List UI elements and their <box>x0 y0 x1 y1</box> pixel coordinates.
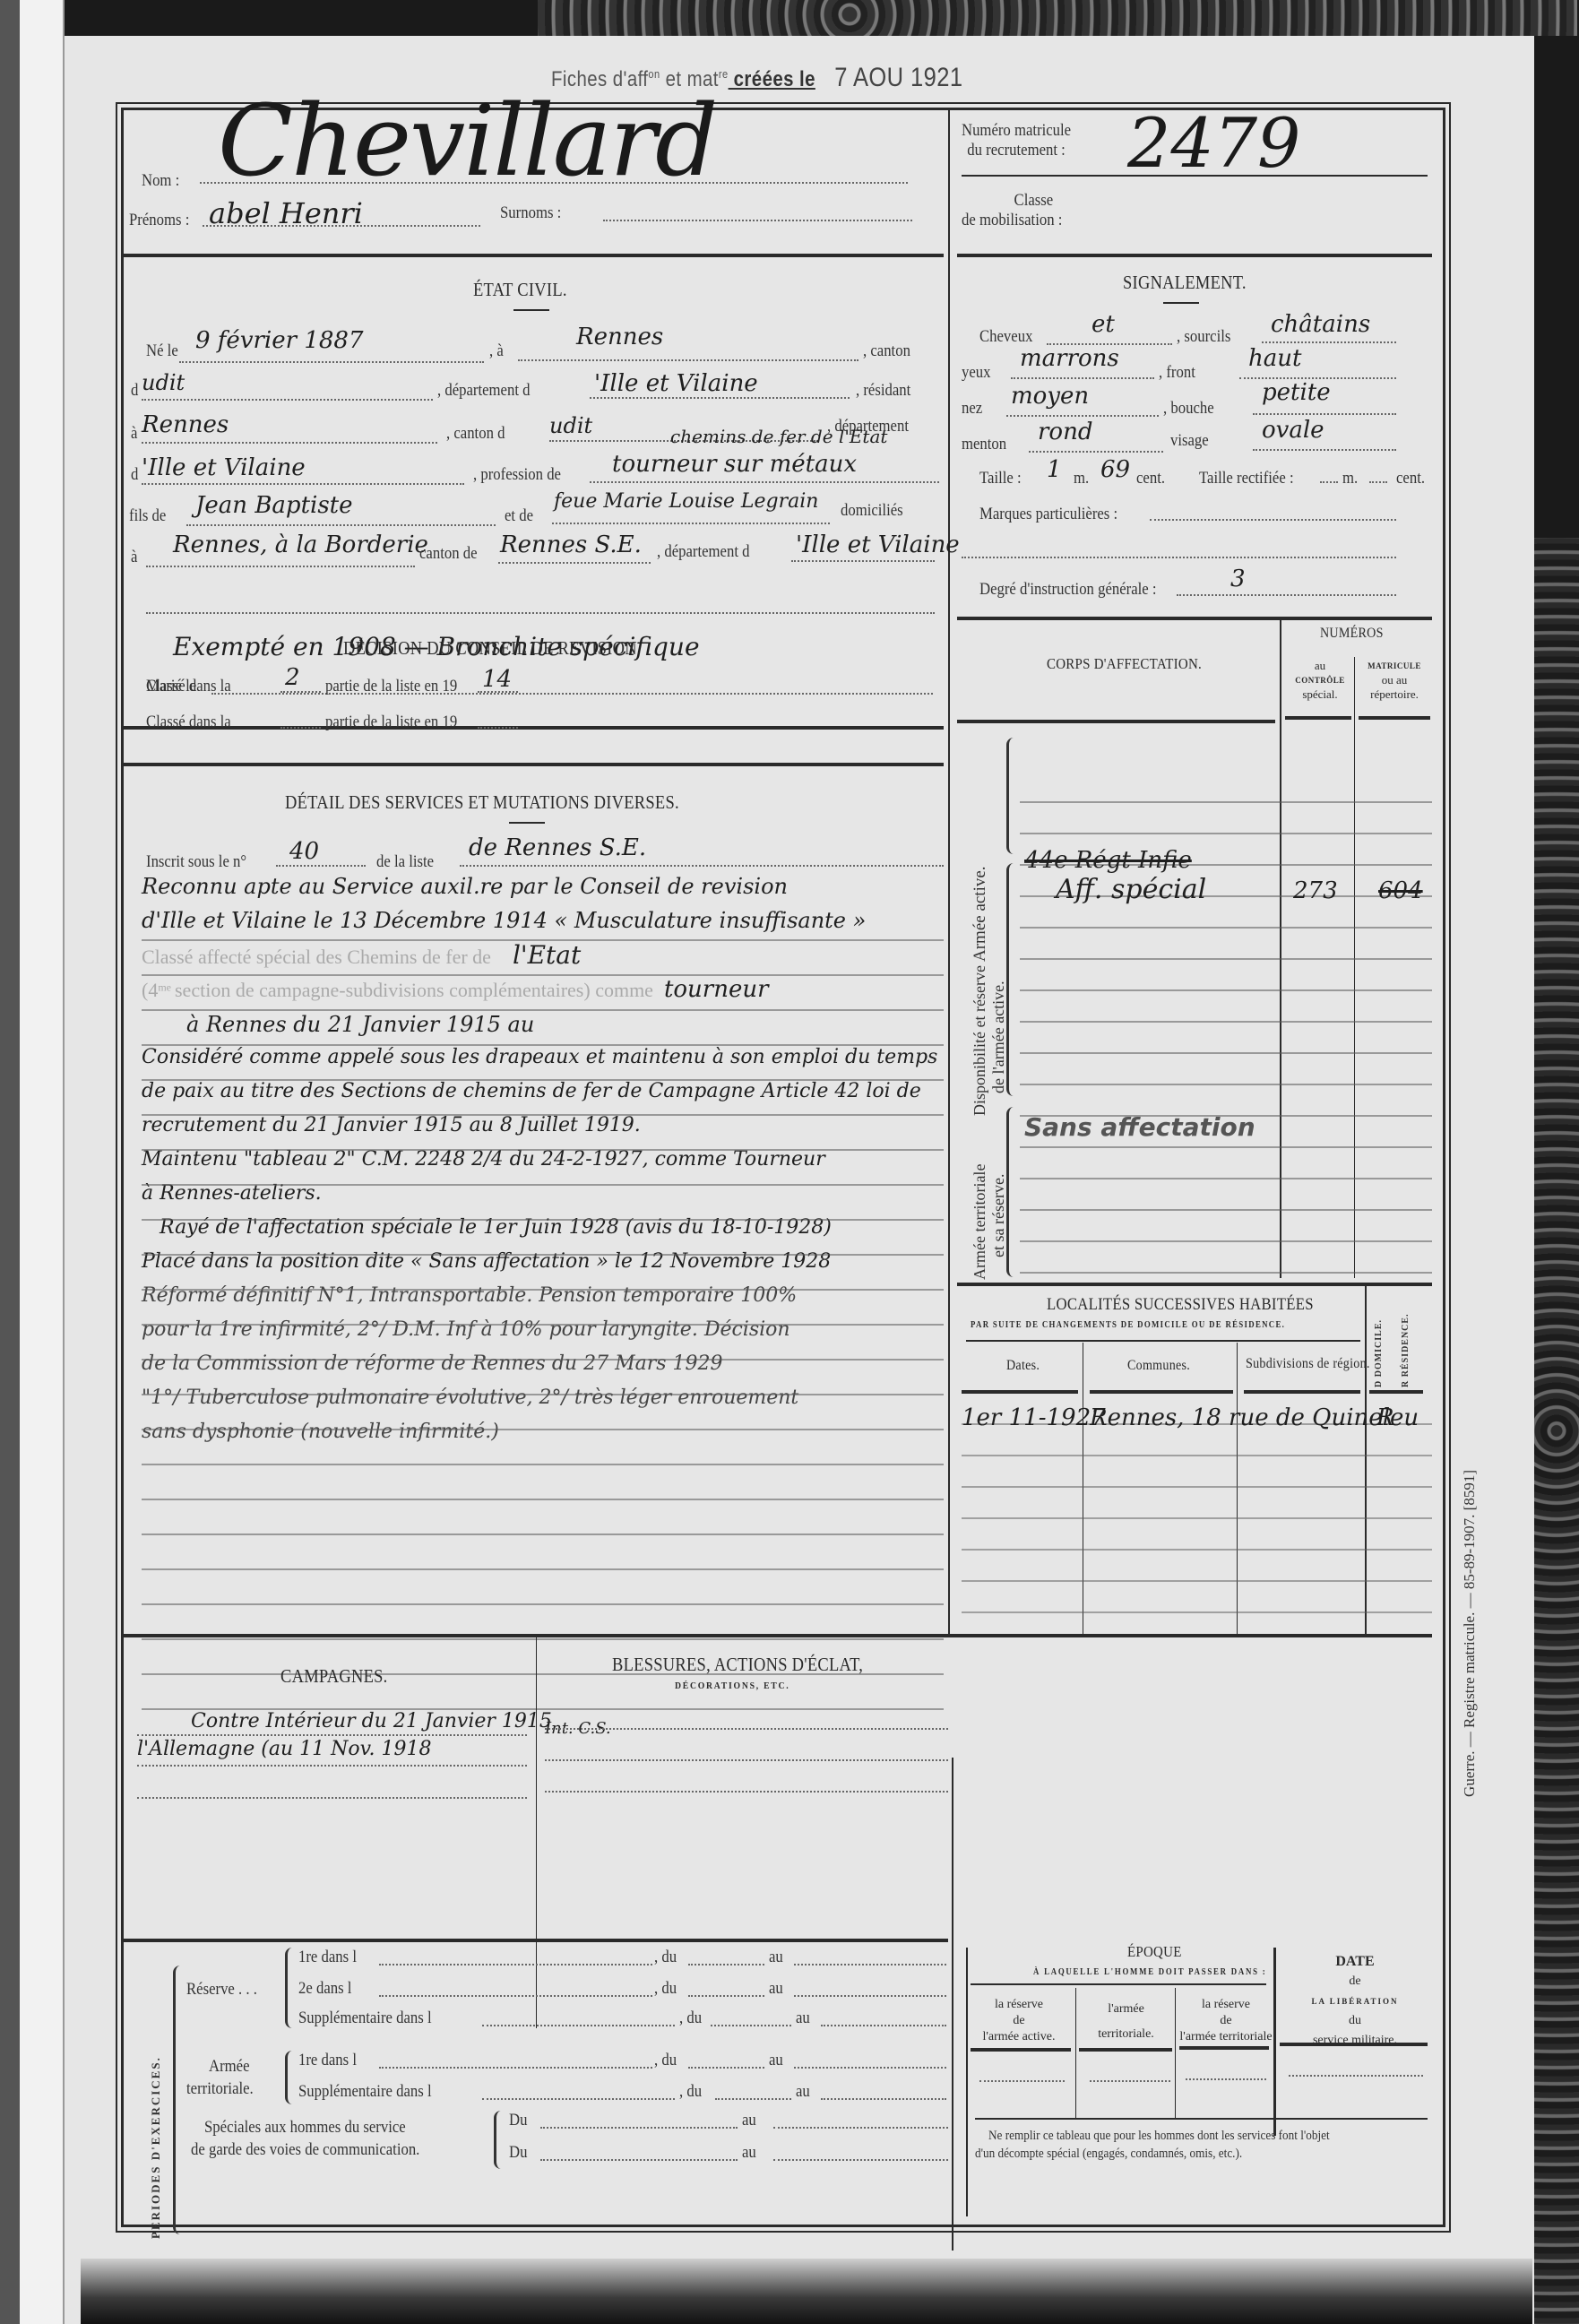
periode-du-field[interactable] <box>711 2025 791 2026</box>
brace <box>494 2111 503 2169</box>
mere-line <box>552 523 830 524</box>
menton-value: rond <box>1038 419 1092 445</box>
pere-value: Jean Baptiste <box>195 492 353 519</box>
periode-field[interactable] <box>379 2067 652 2069</box>
speciales-du-field[interactable] <box>540 2127 738 2129</box>
residant-label: , résidant <box>856 381 910 401</box>
du-label: , du <box>654 2051 677 2070</box>
blessures-line <box>545 1728 948 1730</box>
departement-line <box>590 397 850 399</box>
epoque-col-line: de <box>1178 2013 1274 2029</box>
visage-label: visage <box>1170 431 1209 451</box>
marques-line-2 <box>962 557 1396 558</box>
taille-m-label: m. <box>1074 469 1089 488</box>
departement-value: 'Ille et Vilaine <box>594 370 758 397</box>
campagne-line <box>137 1797 527 1799</box>
services-ruling <box>142 906 944 1740</box>
matricule-header-rule <box>1359 716 1430 720</box>
localite-commune: Rennes, 18 rue de Quineleu <box>1090 1404 1419 1431</box>
periode-field[interactable] <box>482 2025 675 2026</box>
epoque-note: Ne remplir ce tableau que pour les homme… <box>988 2129 1330 2144</box>
epoque-col-divider <box>1075 1988 1076 2118</box>
classe-label: Classede mobilisation : <box>962 191 1062 230</box>
col-matricule-header: MATRICULE ou au répertoire. <box>1357 659 1432 702</box>
canton3-value: Rennes S.E. <box>500 531 642 558</box>
profession-line <box>590 481 939 483</box>
d2-label: d <box>131 465 138 485</box>
matricule-value: 2479 <box>1127 103 1300 183</box>
epoque-subtitle: À LAQUELLE L'HOMME DOIT PASSER DANS : <box>1033 1967 1266 1977</box>
date-liberation-line: de <box>1280 1972 1430 1991</box>
periodes-vertical-label: PÉRIODES D'EXERCICES. <box>149 2056 163 2239</box>
blessures-subtitle: DÉCORATIONS, ETC. <box>675 1680 789 1691</box>
epoque-col-line: la réserve <box>966 1997 1072 2013</box>
profession-label: , profession de <box>473 465 561 485</box>
classe2-partie-line <box>280 727 321 729</box>
classe1-year-value: 14 <box>482 666 512 693</box>
corps-entry-struck: 44e Régt Infie <box>1024 847 1192 874</box>
campagnes-title: CAMPAGNES. <box>280 1665 388 1688</box>
epoque-brace-rule <box>971 1983 1266 1985</box>
au-label: au <box>796 2082 810 2102</box>
brace <box>285 2051 294 2104</box>
title-underline <box>509 822 545 824</box>
controle-header-rule <box>1285 716 1351 720</box>
periode-field[interactable] <box>482 2098 675 2100</box>
section-label-disponibilite: Disponibilité et réservede l'armée activ… <box>971 965 1008 1116</box>
classe2-year-line <box>478 727 518 729</box>
periode-du-field[interactable] <box>688 1964 764 1965</box>
visage-value: ovale <box>1262 417 1324 444</box>
localites-title: LOCALITÉS SUCCESSIVES HABITÉES <box>1047 1295 1314 1315</box>
epoque-col-reserve-territoriale: la réserve de l'armée territoriale <box>1178 1997 1274 2045</box>
periode-field[interactable] <box>379 1964 652 1965</box>
section-label-territoriale: Armée territorialeet sa réserve. <box>971 1164 1008 1280</box>
registration-form: Chevillard Nom : Prénoms : abel Henri Su… <box>121 108 1445 2227</box>
yeux-value: marrons <box>1020 345 1119 372</box>
nom-label: Nom : <box>142 171 179 191</box>
periode-au-field[interactable] <box>821 2025 946 2026</box>
speciales-du-field[interactable] <box>540 2159 738 2161</box>
taille-label: Taille : <box>979 469 1022 488</box>
canton2-label: , canton d <box>446 424 505 444</box>
section-rule <box>957 1283 1432 1286</box>
ne-le-value: 9 février 1887 <box>195 327 364 354</box>
book-binding-left <box>0 0 20 2324</box>
stamp-text-bold: créées le <box>729 67 815 91</box>
taille-rect-cent-line <box>1369 481 1387 483</box>
localites-subtitle: PAR SUITE DE CHANGEMENTS DE DOMICILE OU … <box>971 1320 1285 1330</box>
inscrit-label: Inscrit sous le n° <box>146 852 246 872</box>
surnoms-field-line <box>603 220 912 221</box>
section-label-line: et sa réserve. <box>989 1174 1007 1257</box>
header-rule <box>962 175 1428 177</box>
stamp-sup: re <box>719 67 729 81</box>
residence-value: Rennes <box>142 411 229 438</box>
col-dates: Dates. <box>1006 1358 1040 1374</box>
surnoms-label: Surnoms : <box>500 203 561 223</box>
matricule-label: Numéro matriculedu recrutement : <box>962 121 1071 160</box>
d-label: d <box>131 381 138 401</box>
marques-label: Marques particulières : <box>979 505 1117 524</box>
inscrit-num-line <box>276 865 366 867</box>
bouche-label: , bouche <box>1163 399 1214 419</box>
epoque-title: ÉPOQUE <box>1127 1943 1182 1961</box>
epoque-col-line: de <box>966 2013 1072 2029</box>
taille-rect-cent-label: cent. <box>1396 469 1425 488</box>
au-label: au <box>769 1948 783 1967</box>
decision-title: DÉCISION DU CONSEIL DE REVISION. <box>343 637 642 660</box>
service-line: Reconnu apte au Service auxil.re par le … <box>142 874 944 908</box>
brace <box>1006 738 1015 854</box>
a2-label: à <box>131 424 137 444</box>
date-liberation-line: DATE <box>1280 1952 1430 1972</box>
col-matricule-line: MATRICULE <box>1357 659 1432 673</box>
sourcils-line <box>1262 341 1396 343</box>
ne-le-label: Né le <box>146 341 178 361</box>
inscrit-num: 40 <box>289 838 319 865</box>
epoque-col-line: l'armée active. <box>966 2029 1072 2045</box>
date-liberation-line: du <box>1280 2011 1430 2031</box>
departement-label: , département d <box>437 381 531 401</box>
departement3-line <box>791 560 935 562</box>
domicilies-label: domiciliés <box>841 501 903 521</box>
campagne-line <box>137 1765 527 1767</box>
sourcils-label: , sourcils <box>1177 327 1230 347</box>
taille-cent-value: 69 <box>1100 456 1130 483</box>
canton3-line <box>498 562 651 564</box>
periode-field[interactable] <box>379 1995 652 1997</box>
periode-du-field[interactable] <box>688 2067 764 2069</box>
du-label: , du <box>654 1948 677 1967</box>
front-value: haut <box>1248 345 1301 372</box>
menton-line <box>1029 451 1163 453</box>
au-label: au <box>796 2009 810 2028</box>
mere-value: feue Marie Louise Legrain <box>554 490 818 513</box>
controle-number: 273 <box>1293 877 1338 904</box>
classe1-partie-line <box>280 691 321 693</box>
col-controle-line: CONTRÔLE <box>1289 673 1351 687</box>
classe-label-line: de mobilisation : <box>962 211 1062 229</box>
et-de-label: et de <box>505 506 533 526</box>
col-domicile: D DOMICILE. <box>1374 1319 1384 1387</box>
reserve-row-label: Supplémentaire dans l <box>298 2009 432 2028</box>
campagne-line <box>137 1734 527 1736</box>
section-rule <box>124 1939 948 1942</box>
epoque-col-line: l'armée <box>1079 1997 1173 2022</box>
epoque-col-divider <box>1175 1988 1176 2118</box>
classe-label-line: Classe <box>1014 191 1054 210</box>
du-label: , du <box>679 2009 702 2028</box>
taille-rect-m-label: m. <box>1342 469 1358 488</box>
date-liberation-line: service militaire. <box>1280 2031 1430 2051</box>
localite-dr: R <box>1376 1404 1394 1431</box>
periode-au-field[interactable] <box>794 2067 946 2069</box>
yeux-line <box>1011 377 1154 379</box>
speciales-au-field[interactable] <box>773 2159 948 2161</box>
section-label-line: Armée territoriale <box>971 1164 988 1280</box>
classe1-label-a: Classé dans la <box>146 677 231 696</box>
speciales-label: Spéciales aux hommes du service <box>204 2118 406 2138</box>
periode-au-field[interactable] <box>794 1964 946 1965</box>
du-label: , du <box>654 1979 677 1999</box>
campagne-line-1: Contre Intérieur du 21 Janvier 1915 <box>191 1710 552 1732</box>
localite-date: 1er 11-1927 <box>962 1404 1106 1431</box>
departement2-line <box>142 483 464 485</box>
prenoms-field-line <box>203 225 480 227</box>
col-residence: R RÉSIDENCE. <box>1401 1313 1411 1387</box>
au-label: au <box>769 1979 783 1999</box>
menton-label: menton <box>962 435 1006 454</box>
liste-value: de Rennes S.E. <box>469 834 646 861</box>
sourcils-value: châtains <box>1271 311 1370 338</box>
section-rule <box>957 254 1432 257</box>
blank-line <box>146 612 935 614</box>
signalement-title: SIGNALEMENT. <box>1123 272 1247 294</box>
canton-line <box>142 399 433 401</box>
brace <box>1006 863 1015 1096</box>
section-rule <box>124 254 944 257</box>
periode-du-field[interactable] <box>688 1995 764 1997</box>
reserve-row-label: 1re dans l <box>298 1948 357 1967</box>
territoriale-row-label: 1re dans l <box>298 2051 357 2070</box>
a3-label: à <box>131 548 137 567</box>
brace <box>1006 1107 1015 1277</box>
degre-value: 3 <box>1230 566 1246 592</box>
epoque-col-line: territoriale. <box>1079 2022 1173 2047</box>
corps-title: CORPS D'AFFECTATION. <box>1047 655 1202 673</box>
numeros-title: NUMÉROS <box>1320 626 1384 642</box>
stamp-date: 7 AOU 1921 <box>834 63 962 92</box>
cheveux-label: Cheveux <box>979 327 1032 347</box>
periode-au-field[interactable] <box>821 2098 946 2100</box>
birthplace-line <box>518 359 859 361</box>
fils-de-label: fils de <box>129 506 166 526</box>
marie-line <box>211 693 933 695</box>
classe1-year-line <box>478 691 518 693</box>
section-label-armee-active: Armée active. <box>971 866 990 962</box>
speciales-au-label: au <box>742 2143 756 2163</box>
canton-value: udit <box>142 370 185 395</box>
degre-label: Degré d'instruction générale : <box>979 580 1157 600</box>
territoriale-row-label: Supplémentaire dans l <box>298 2082 432 2102</box>
epoque-field[interactable] <box>1090 2080 1170 2082</box>
periode-du-field[interactable] <box>715 2098 791 2100</box>
book-cover-marbled-top <box>538 0 1577 36</box>
col-rule <box>1079 2048 1172 2052</box>
birthplace-value: Rennes <box>576 324 663 350</box>
epoque-left-border <box>966 1948 968 2216</box>
title-underline <box>1163 302 1199 304</box>
degre-line <box>1177 594 1396 596</box>
classe2-label-a: Classé dans la <box>146 713 231 732</box>
col-subdivisions: Subdivisions de région. <box>1246 1356 1370 1372</box>
col-rule <box>1179 2046 1269 2050</box>
section-label-line: Disponibilité et réserve <box>971 965 988 1116</box>
blessures-line <box>545 1791 948 1793</box>
corps-header-rule <box>957 720 1275 723</box>
etat-civil-title: ÉTAT CIVIL. <box>473 279 567 301</box>
bouche-line <box>1253 413 1396 415</box>
epoque-col-line: la réserve <box>1178 1997 1274 2013</box>
au-label: au <box>769 2051 783 2070</box>
territoriale-label: territoriale. <box>186 2079 254 2099</box>
epoque-field[interactable] <box>1186 2078 1266 2080</box>
cheveux-value: et <box>1091 311 1115 338</box>
section-rule <box>124 1634 1432 1637</box>
col-controle-line: au <box>1289 659 1351 673</box>
liste-line <box>460 865 944 867</box>
departement3-value: 'Ille et Vilaine <box>796 531 960 558</box>
speciales-label: de garde des voies de communication. <box>191 2140 419 2160</box>
matricule-label-line: Numéro matricule <box>962 121 1071 140</box>
nom-value: Chevillard <box>218 83 716 198</box>
classe2-label-b: partie de la liste en 19 <box>325 713 457 732</box>
pere-line <box>186 524 496 526</box>
ne-le-line <box>179 361 484 363</box>
col-matricule-line: répertoire. <box>1357 687 1432 702</box>
taille-cent-label: cent. <box>1136 469 1165 488</box>
departement3-label: , département d <box>657 542 750 562</box>
nez-label: nez <box>962 399 982 419</box>
epoque-note-rule <box>975 2118 1428 2120</box>
front-label: , front <box>1159 363 1195 383</box>
periode-au-field[interactable] <box>794 1995 946 1997</box>
matricule-number-struck: 604 <box>1378 877 1423 904</box>
col-matricule-line: ou au <box>1357 673 1432 687</box>
residence-line <box>142 442 437 444</box>
domicile-line <box>146 566 415 567</box>
epoque-col-reserve-active: la réserve de l'armée active. <box>966 1997 1072 2045</box>
matricule-label-line: du recrutement : <box>967 141 1066 160</box>
liberation-field[interactable] <box>1289 2075 1423 2077</box>
services-title: DÉTAIL DES SERVICES ET MUTATIONS DIVERSE… <box>285 791 679 814</box>
epoque-note: d'un décompte spécial (engagés, condamné… <box>975 2147 1242 2162</box>
section-label-line: de l'armée active. <box>989 981 1007 1093</box>
canton3-label: canton de <box>419 544 478 564</box>
col-controle-line: spécial. <box>1289 687 1351 702</box>
profession-value: tourneur sur métaux <box>612 451 857 478</box>
stamp-sup: on <box>648 67 660 81</box>
speciales-au-field[interactable] <box>773 2127 948 2129</box>
territoriale-label: Armée <box>209 2057 249 2077</box>
blessures-title: BLESSURES, ACTIONS D'ÉCLAT, <box>612 1654 863 1676</box>
book-cover-marbled-right <box>1534 538 1579 2324</box>
title-underline <box>513 309 549 311</box>
taille-m-value: 1 <box>1047 456 1062 483</box>
epoque-field[interactable] <box>979 2080 1065 2082</box>
nom-field-line <box>200 182 908 184</box>
marques-line <box>1150 519 1396 521</box>
campagnes-divider <box>536 1634 537 2028</box>
epoque-col-line: l'armée territoriale <box>1178 2029 1274 2045</box>
col-communes: Communes. <box>1127 1358 1190 1374</box>
col-rule <box>1280 2043 1428 2046</box>
reserve-row-label: 2e dans l <box>298 1979 351 1999</box>
date-liberation-line: LA LIBÉRATION <box>1280 1991 1430 2011</box>
page-bottom-edge <box>81 2259 1532 2324</box>
brace <box>173 1965 182 2234</box>
du-label: , du <box>679 2082 702 2102</box>
nez-line <box>1006 415 1159 417</box>
corps-entry: Aff. spécial <box>1056 874 1206 905</box>
register-spine-text: Guerre. — Registre matricule. — 85-89-19… <box>1461 1470 1479 1797</box>
page-gutter <box>20 0 65 2324</box>
column-divider-bottom <box>952 1758 953 2251</box>
col-rule <box>971 2048 1071 2052</box>
campagne-line-2: l'Allemagne (au 11 Nov. 1918 <box>137 1738 431 1760</box>
speciales-du-label: Du <box>509 2143 527 2163</box>
liste-label: de la liste <box>376 852 434 872</box>
bouche-value: petite <box>1262 379 1331 406</box>
nez-value: moyen <box>1011 383 1089 410</box>
localites-brace-rule <box>966 1340 1360 1342</box>
profession-value-employer: chemins de fer de l'Etat <box>670 426 887 447</box>
reserve-label: Réserve . . . <box>186 1980 257 2000</box>
speciales-du-label: Du <box>509 2111 527 2130</box>
departement2-value: 'Ille et Vilaine <box>142 454 306 481</box>
col-controle-header: au CONTRÔLE spécial. <box>1289 659 1351 702</box>
speciales-au-label: au <box>742 2111 756 2130</box>
canton-label: , canton <box>863 341 910 361</box>
section-rule <box>124 726 944 730</box>
canton2-value: udit <box>549 413 592 438</box>
column-divider <box>948 110 950 1634</box>
brace <box>285 1948 294 2028</box>
yeux-label: yeux <box>962 363 991 383</box>
date-liberation-header: DATE de LA LIBÉRATION du service militai… <box>1280 1952 1430 2051</box>
blessures-line <box>545 1759 948 1761</box>
a-label: , à <box>489 341 504 361</box>
section-rule <box>124 763 944 766</box>
prenoms-label: Prénoms : <box>129 211 189 230</box>
classe1-label-b: partie de la liste en 19 <box>325 677 457 696</box>
section-rule <box>957 617 1432 620</box>
taille-rect-m-line <box>1320 481 1338 483</box>
sans-affectation-stamp: Sans affectation <box>1024 1112 1255 1142</box>
visage-line <box>1253 449 1396 451</box>
domicile-value: Rennes, à la Borderie <box>173 531 428 558</box>
taille-rectifiee-label: Taille rectifiée : <box>1199 469 1294 488</box>
epoque-col-territoriale: l'armée territoriale. <box>1079 1997 1173 2047</box>
classe1-partie-value: 2 <box>285 664 300 691</box>
